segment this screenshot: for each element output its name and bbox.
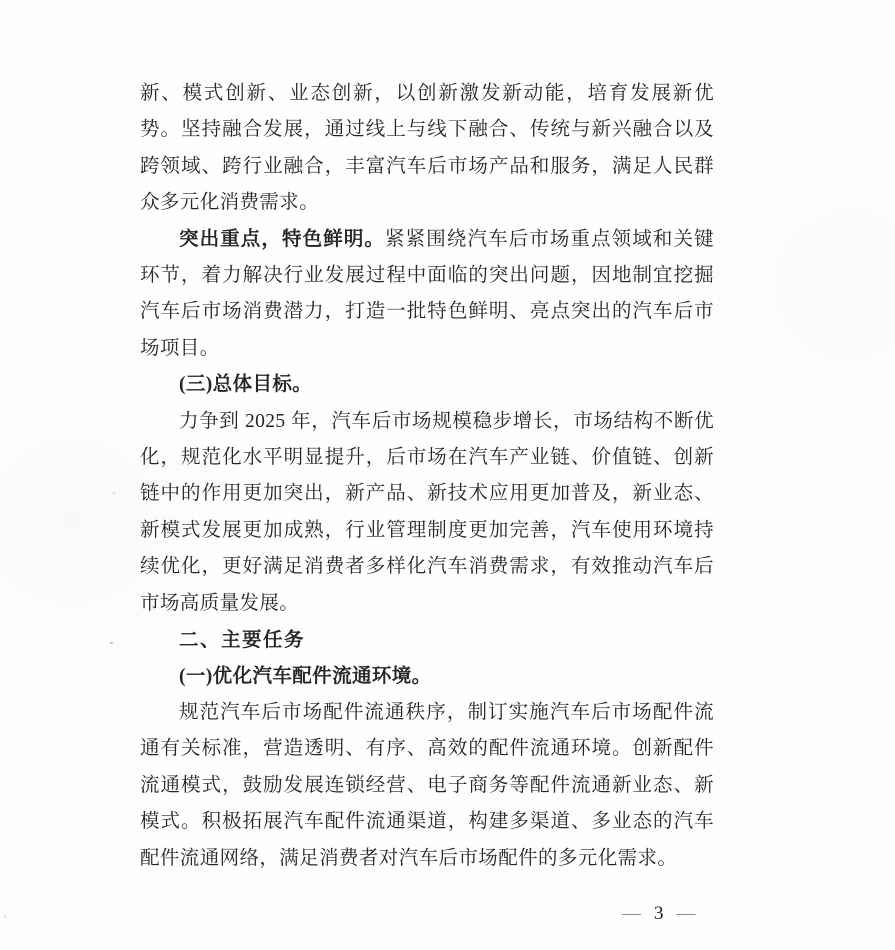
page-number-dash-right: — <box>677 905 696 923</box>
scan-speck <box>4 915 6 918</box>
paragraph-highlight-lead: 突出重点，特色鲜明。 <box>179 229 385 250</box>
page-number: — 3 — <box>622 903 696 925</box>
scanned-document-page: 新、模式创新、业态创新，以创新激发新动能，培育发展新优势。坚持融合发展，通过线上… <box>0 0 895 950</box>
heading-main-tasks: 二、主要任务 <box>140 622 714 658</box>
paragraph-overall-goal: 力争到 2025 年，汽车后市场规模稳步增长，市场结构不断优化，规范化水平明显提… <box>140 404 714 622</box>
paragraph-continuation: 新、模式创新、业态创新，以创新激发新动能，培育发展新优势。坚持融合发展，通过线上… <box>140 76 714 222</box>
document-body: 新、模式创新、业态创新，以创新激发新动能，培育发展新优势。坚持融合发展，通过线上… <box>140 76 714 877</box>
page-number-value: 3 <box>654 903 664 925</box>
page-number-dash-left: — <box>622 905 641 923</box>
paragraph-highlight: 突出重点，特色鲜明。紧紧围绕汽车后市场重点领域和关键环节，着力解决行业发展过程中… <box>140 222 714 368</box>
scan-speck <box>110 642 113 644</box>
paragraph-task-one: 规范汽车后市场配件流通秩序，制订实施汽车后市场配件流通有关标准，营造透明、有序、… <box>140 695 714 877</box>
scan-speck <box>113 492 115 494</box>
heading-task-one: (一)优化汽车配件流通环境。 <box>140 659 714 695</box>
heading-overall-goal: (三)总体目标。 <box>140 367 714 403</box>
